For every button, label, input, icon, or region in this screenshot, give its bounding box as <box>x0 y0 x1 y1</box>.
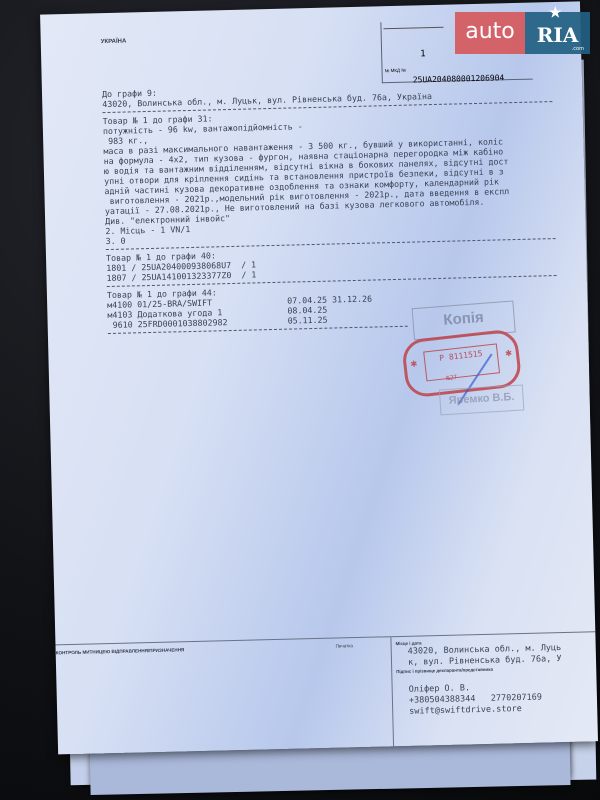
customs-declaration-sheet: УКРАЇНА 1 № МКД № 25UA204080001206904 До… <box>40 1 598 754</box>
doc-dates: 07.04.25 31.12.26 <box>287 294 372 306</box>
doc-dates: 05.11.25 <box>288 315 328 326</box>
star-icon: ★ <box>549 6 562 20</box>
country-header: УКРАЇНА <box>101 38 127 45</box>
seal-label: Печатка <box>336 643 353 648</box>
seal-sub: №27 <box>446 374 458 382</box>
document-body: До графи 9: 43020, Волинська обл., м. Лу… <box>102 78 568 337</box>
watermark-auto: auto <box>455 12 525 54</box>
graph31-lines: потужність - 96 kw, вантажопідйомність -… <box>103 115 566 246</box>
sheet-number: 1 <box>420 49 426 59</box>
seal-star-icon: ✱ <box>410 356 418 370</box>
declarant-block: Місце і дата 43020, Волинська обл., м. Л… <box>395 636 597 718</box>
customs-control-label: КОНТРОЛЬ МИТНИЦЕЮ ВІДПРАВЛЕННЯ/ПРИЗНАЧЕН… <box>56 647 185 655</box>
seal-star-icon: ✱ <box>504 346 512 360</box>
name-stamp: Яремко В.Б. <box>439 384 524 415</box>
reg-label: № МКД № <box>384 68 406 74</box>
watermark-ria: ★ RIA .com <box>525 12 590 54</box>
watermark-ria-text: RIA <box>537 23 579 47</box>
rule <box>384 27 444 29</box>
autoria-watermark: auto ★ RIA .com <box>455 12 590 54</box>
declaration-footer: 726 КОНТРОЛЬ МИТНИЦЕЮ ВІДПРАВЛЕННЯ/ПРИЗН… <box>55 631 595 645</box>
watermark-domain: .com <box>572 46 584 52</box>
declarant-info: Оліфер О. В. +380504388344 2770207169 sw… <box>397 680 598 718</box>
column-divider <box>390 637 394 747</box>
